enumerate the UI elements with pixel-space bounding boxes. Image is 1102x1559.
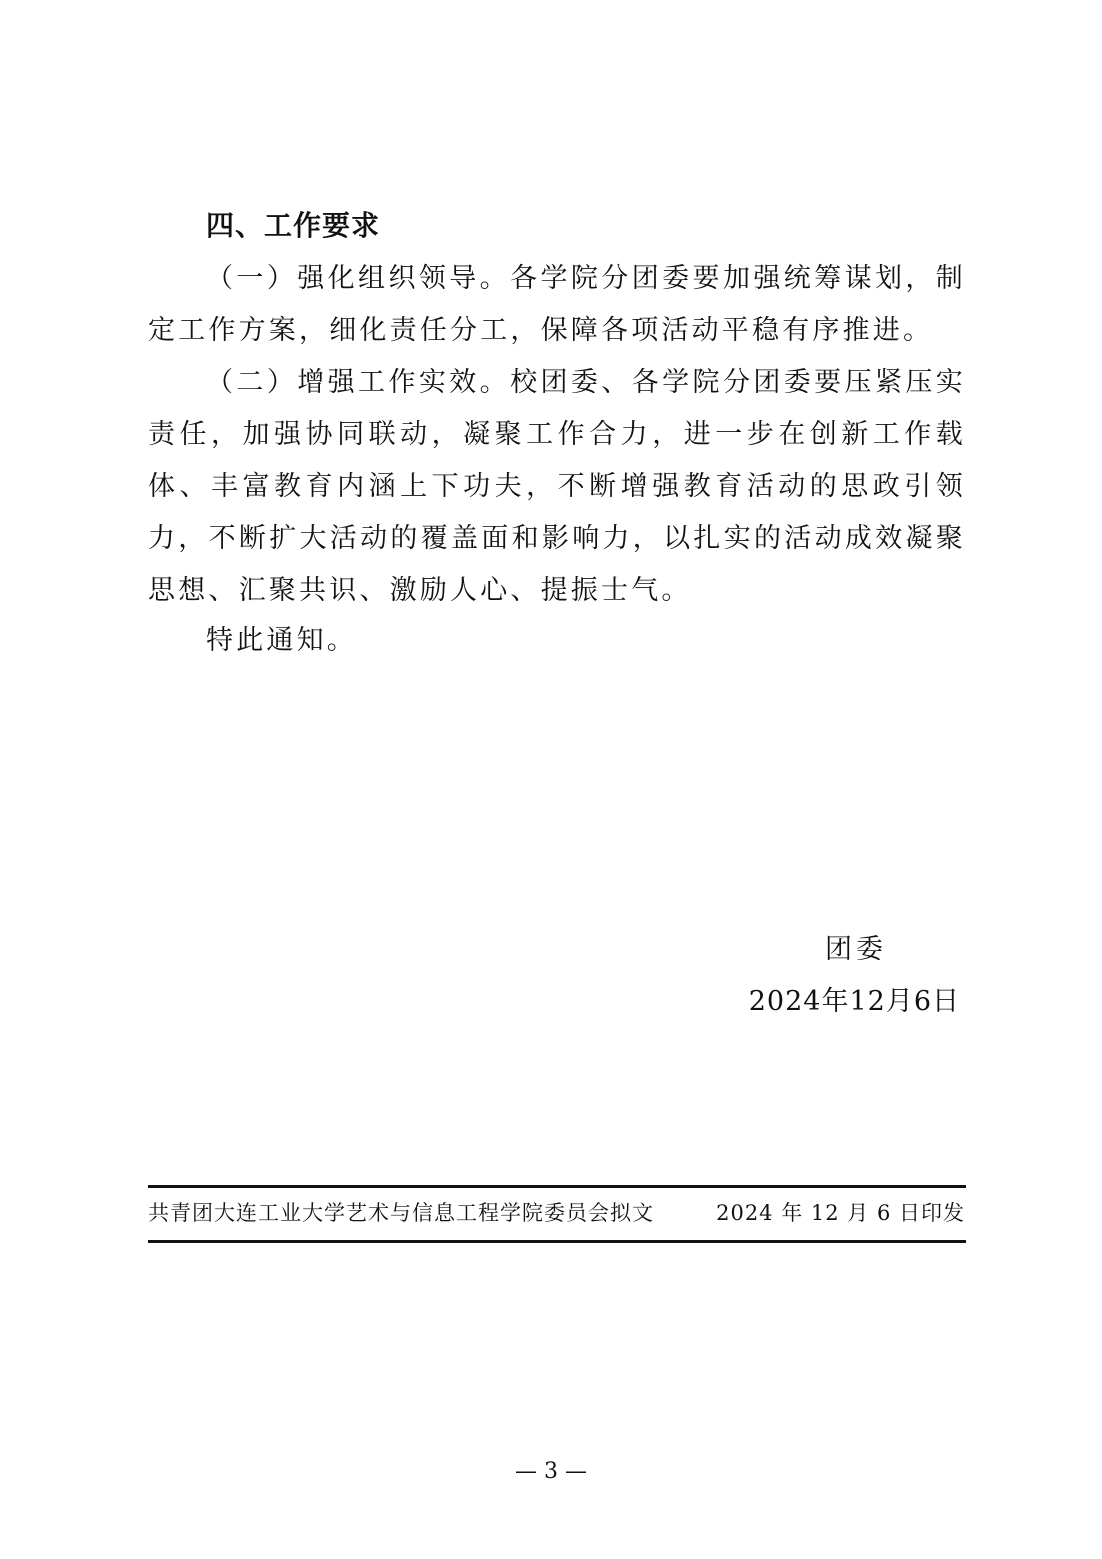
footer-drafter: 共青团大连工业大学艺术与信息工程学院委员会拟文 bbox=[148, 1198, 654, 1228]
paragraph-enhance-effectiveness: （二）增强工作实效。校团委、各学院分团委要压紧压实责任，加强协同联动，凝聚工作合… bbox=[148, 357, 966, 617]
closing-remark: 特此通知。 bbox=[206, 615, 1024, 667]
footer-top-rule bbox=[148, 1185, 966, 1188]
paragraph-strengthen-leadership: （一）强化组织领导。各学院分团委要加强统筹谋划，制定工作方案，细化责任分工，保障… bbox=[148, 253, 966, 357]
footer-bottom-rule bbox=[148, 1240, 966, 1243]
footer-issue-date: 2024 年 12 月 6 日印发 bbox=[716, 1198, 965, 1228]
page-number: — 3 — bbox=[0, 1458, 1102, 1486]
section-heading: 四、工作要求 bbox=[206, 204, 380, 248]
signature-issuer: 团委 bbox=[825, 928, 887, 972]
document-page: 四、工作要求 （一）强化组织领导。各学院分团委要加强统筹谋划，制定工作方案，细化… bbox=[0, 0, 1102, 1559]
signature-date: 2024年12月6日 bbox=[749, 980, 960, 1024]
